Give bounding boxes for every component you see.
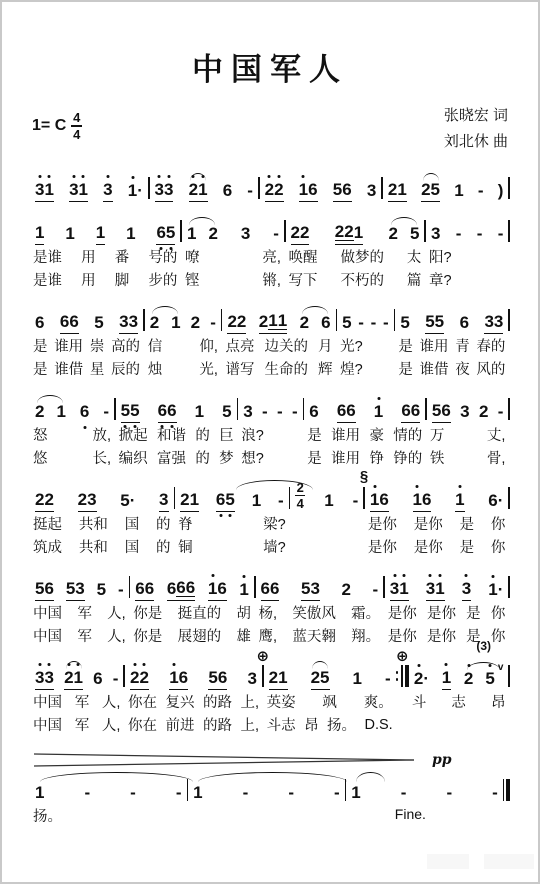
note-digit: 2 [291, 224, 300, 241]
note-digit: 2 [150, 314, 159, 331]
measure: 666533是谁用崇高的是谁借星辰的 [30, 300, 143, 380]
barline-wrap [221, 300, 223, 331]
lyric-word: 不朽的 [340, 269, 384, 290]
lyric-word: 国 [125, 536, 140, 557]
lyric-word: 铁 [430, 447, 445, 468]
slur-group: 21 [35, 403, 66, 423]
lyric-row: 你在前进的路上, [125, 713, 262, 736]
note-token: 66 [60, 313, 79, 334]
note-digit: 6 [309, 403, 318, 420]
note-digit: - [383, 314, 389, 331]
note-digit: 2 [344, 223, 353, 241]
lyric-word: 军 [75, 714, 90, 735]
lyric-word: 鹰, [259, 625, 278, 646]
barline-wrap [187, 770, 189, 801]
note-token: 53 [66, 580, 85, 601]
note-digit: 3 [159, 491, 168, 508]
time-signature: 4 4 [71, 111, 82, 141]
note-digit: 3 [75, 580, 84, 597]
barline [363, 487, 365, 509]
lyric-word: 月 [318, 335, 333, 356]
lyric-row: 煌? [337, 357, 394, 380]
note-token: - [176, 784, 182, 804]
lyric-word: 你是 [133, 602, 162, 623]
lyric-word: 是你 [414, 513, 443, 534]
lyric-word: 辰的 [111, 358, 140, 379]
note-digit: 5 [120, 492, 129, 509]
note-token: - [118, 581, 124, 601]
slur-group: 26 [300, 314, 331, 334]
lyric-word: 星 [90, 358, 105, 379]
lyric-row: 你是挺直的胡 [130, 601, 254, 624]
note-digit: - [401, 784, 407, 801]
lyric-word: 你是 [133, 625, 162, 646]
note-token: 3 [367, 182, 376, 202]
lyric-word: 昂 [304, 714, 319, 735]
lyric-row: 你在复兴的路上, [125, 690, 262, 713]
note-digit: · [498, 581, 504, 598]
note-token: 31 [390, 580, 409, 601]
notes-row: 2·1(3)25v [409, 656, 509, 690]
note-digit: - [247, 182, 253, 199]
slur-group: 21 [150, 314, 181, 334]
lyric-word: 斗 [412, 691, 427, 712]
note-digit: 5 [435, 313, 444, 330]
lyric-word: 太 [407, 246, 422, 267]
lyric-word: 军 [77, 625, 92, 646]
lyric-word: 是你 [368, 513, 397, 534]
barline [284, 220, 286, 242]
lyric-word: 亮, [262, 246, 281, 267]
note-token: 1 [324, 492, 333, 512]
note-digit: 6 [156, 224, 165, 241]
note-token: 2 [191, 314, 200, 334]
note-digit: - [498, 225, 504, 242]
barline [258, 177, 260, 199]
note-digit: 1 [74, 669, 83, 686]
lyric-row: 点亮边关的月 [222, 334, 335, 357]
watermark [427, 854, 469, 869]
barline [508, 309, 510, 331]
note-digit: 5 [66, 580, 75, 597]
lyric-word: 骨, [487, 447, 506, 468]
lyric-word: 上, [240, 691, 259, 712]
lyric-word: 风的 [476, 358, 505, 379]
note-digit: 5 [485, 670, 494, 687]
note-digit: 6 [186, 579, 195, 597]
barline-wrap [383, 567, 385, 598]
note-token: - [277, 403, 283, 423]
lyric-row: 筑成共和国的 [30, 535, 174, 558]
lyric-word: 是 [460, 513, 475, 534]
barline [424, 220, 426, 242]
measure: 2216563 [260, 168, 382, 202]
notes-row: 3--- [426, 211, 508, 245]
lyric-word: 巨 [219, 424, 234, 445]
note-digit: 1 [370, 491, 379, 508]
note-token: 33 [119, 313, 138, 334]
slur-group: 25 [421, 181, 440, 202]
lyric-word: 富强 [157, 447, 186, 468]
note-digit: 3 [484, 313, 493, 330]
notes-row: 2216563 [260, 168, 382, 202]
note-digit: · [423, 670, 429, 687]
score-line: 1---扬。1---1---Fine. [30, 770, 510, 827]
lyric-word: 人, [102, 714, 121, 735]
measure: 56535-中国军人,中国军人, [30, 567, 129, 647]
note-digit: 3 [462, 580, 471, 597]
barline-wrap [237, 389, 239, 420]
note-digit: 3 [164, 181, 173, 198]
lyric-word: 是你 [427, 602, 456, 623]
lyric-row [409, 713, 509, 736]
note-token: 16 [208, 580, 227, 601]
note-token: 1 [35, 224, 44, 245]
note-digit: 6 [93, 670, 102, 687]
note-digit: - [273, 225, 279, 242]
notes-row: 66532- [256, 567, 384, 601]
note-token: 1 [96, 224, 105, 245]
barline [345, 779, 347, 801]
lyric-word: 飒 [322, 691, 337, 712]
note-token: - [371, 314, 377, 334]
notes-row: 33216- [150, 168, 258, 202]
barline [425, 398, 427, 420]
note-digit: 2 [421, 181, 430, 198]
note-digit: 5 [400, 314, 409, 331]
note-token: 66 [401, 402, 420, 423]
lyric-row: 烛光, [145, 357, 221, 380]
lyric-word: 的 [195, 424, 210, 445]
measure: 555633是谁用青春的是谁借夜风的 [395, 300, 508, 380]
note-token: - [477, 225, 483, 245]
note-digit: 2 [388, 181, 397, 198]
lyric-word: 番 [115, 246, 130, 267]
barline [129, 576, 131, 598]
lyric-word: 扬。 [327, 714, 356, 735]
lyric-word: 步的 [148, 269, 177, 290]
lyric-word: 斗志 [267, 714, 296, 735]
fine-label: Fine. [395, 806, 426, 822]
note-token: - [353, 492, 359, 512]
repeat-dots [396, 671, 399, 680]
score-line: 313131·33216-221656321251-) [30, 168, 510, 202]
lyric-word: 是你 [414, 536, 443, 557]
barline [174, 487, 176, 509]
note-token: 1· [488, 581, 503, 601]
note-digit: · [498, 492, 504, 509]
note-digit: - [477, 225, 483, 242]
lyric-row: 编织富强的梦 [116, 446, 237, 469]
lyric-word: D.S. [365, 717, 393, 733]
note-token: 3 [243, 403, 252, 423]
lyric-word: 锵, [262, 269, 281, 290]
lyric-word: 光, [199, 358, 218, 379]
note-digit: 5 [333, 181, 342, 198]
slur-group: 21 [189, 181, 208, 202]
note-digit: 1 [354, 224, 363, 241]
note-token: 5· [120, 492, 135, 512]
barline-wrap [508, 656, 510, 687]
note-token: 5 [342, 314, 351, 334]
lyric-word: 你 [491, 625, 506, 646]
note-digit: 6 [216, 491, 225, 508]
note-digit: 1 [488, 581, 497, 598]
note-digit: 1 [299, 181, 308, 198]
note-token: 2· [414, 670, 429, 690]
lyric-row: 是你是你是你 [365, 535, 509, 558]
lyric-row: 脊梁? [175, 512, 289, 535]
note-token: 5 [94, 314, 103, 334]
barline-wrap [336, 300, 338, 331]
note-token: 1 [126, 225, 135, 245]
lyric-word: 杨, [259, 602, 278, 623]
note-digit: - [278, 492, 284, 509]
note-digit: 6 [308, 181, 317, 198]
lyric-row: 铁骨, [427, 446, 509, 469]
lyric-word: 挺起 [33, 513, 62, 534]
lyric-row: 光? [337, 334, 394, 357]
note-digit: 6 [460, 314, 469, 331]
note-token: 23 [78, 491, 97, 512]
note-digit: 2 [130, 669, 139, 686]
lyric-row: 谱写生命的辉 [222, 357, 335, 380]
barline-wrap [143, 300, 145, 331]
note-token: - [498, 225, 504, 245]
repeat-barline [396, 665, 409, 687]
key-signature: 1= C 4 4 [32, 111, 82, 141]
note-digit: 3 [35, 181, 44, 198]
note-token: 1 [187, 225, 196, 245]
note-token: 66 [158, 402, 177, 423]
lyric-word: 是 [466, 602, 481, 623]
barline [508, 665, 510, 687]
note-digit: 5 [432, 402, 441, 419]
note-digit: 2 [269, 669, 278, 686]
lyric-word: 上, [240, 714, 259, 735]
lyric-word: 人, [107, 602, 126, 623]
notes-row: 555633 [395, 300, 508, 334]
note-digit: 5 [342, 314, 351, 331]
note-token: 1 [374, 403, 383, 423]
lyric-row: 嘹亮, [182, 245, 284, 268]
measure: 3---浪?想? [238, 389, 302, 469]
note-digit: · [130, 492, 136, 509]
lyric-word: 共和 [79, 513, 108, 534]
lyric-word: 青 [455, 335, 470, 356]
measure: 212-信仰,烛光, [145, 300, 221, 380]
measure: 313131·是你是你是你是你是你是你 [385, 567, 509, 647]
lyric-word: 唤醒 [289, 246, 318, 267]
note-token: 5v [485, 670, 503, 690]
note-digit: 1 [239, 581, 248, 598]
lyric-row: 是你是你是你 [385, 601, 509, 624]
lyric-word: 的路 [203, 691, 232, 712]
note-digit: 1 [96, 224, 105, 241]
note-digit: - [288, 784, 294, 801]
lyric-row: 你是展翅的雄 [130, 624, 254, 647]
barline [508, 576, 510, 598]
lyric-row: 铜墙? [175, 535, 289, 558]
lyric-word: 用 [81, 246, 96, 267]
note-token: - [273, 225, 279, 245]
note-digit: 5 [208, 669, 217, 686]
note-digit: ) [498, 182, 504, 199]
note-token: 25 [421, 181, 440, 202]
lyric-word: 雄 [236, 625, 251, 646]
note-digit: 6 [342, 181, 351, 198]
note-digit: - [358, 314, 364, 331]
lyric-word: 章? [429, 269, 452, 290]
ts-bottom: 4 [297, 497, 304, 510]
note-digit: 1 [374, 403, 383, 420]
lyric-word: 谁用 [54, 335, 83, 356]
note-digit: 5 [97, 581, 106, 598]
decrescendo-hairpin [34, 752, 426, 768]
lyric-word: 是 [307, 447, 322, 468]
note-digit: 2 [78, 491, 87, 508]
lyric-word: 脊 [178, 513, 193, 534]
note-digit: - [456, 225, 462, 242]
barline [336, 309, 338, 331]
note-digit: 2 [265, 181, 274, 198]
note-digit: 2 [44, 491, 53, 508]
lyric-word: 是你 [388, 602, 417, 623]
segno-icon: § [360, 469, 368, 484]
lyric-word: 爽。 [364, 691, 393, 712]
note-digit: 5 [431, 181, 440, 198]
notes-row: 111165 [30, 211, 180, 245]
lyric-word: 霜。 [351, 602, 380, 623]
barline-wrap [508, 168, 510, 199]
barline [303, 398, 305, 420]
note-token: 1 [35, 784, 44, 804]
lyric-row: 铿锵, [182, 268, 284, 291]
barline [187, 779, 189, 801]
score-line: 666533是谁用崇高的是谁借星辰的212-信仰,烛光,2221126点亮边关的… [30, 300, 510, 380]
note-token: - [84, 784, 90, 804]
lyric-row: 悠长, [30, 446, 114, 469]
note-digit: 2 [191, 314, 200, 331]
lyric-word: 生命的 [265, 358, 309, 379]
lyric-row: 是你是你是你 [365, 512, 509, 535]
lyric-word: 丈, [487, 424, 506, 445]
note-digit: 1 [169, 669, 178, 686]
lyric-word: 做梦的 [340, 246, 384, 267]
barline-wrap: ⊕ [396, 656, 409, 687]
note-digit: 6 [411, 402, 420, 419]
barline-wrap [345, 770, 347, 801]
note-token: 22 [227, 313, 246, 334]
note-digit: 3 [241, 225, 250, 242]
lyric-row: 斗志昂 [409, 690, 509, 713]
note-digit: 2 [35, 403, 44, 420]
note-digit: 2 [388, 225, 397, 242]
lyric-word: 复兴 [166, 691, 195, 712]
note-token: 1 [252, 492, 261, 512]
barline-wrap [508, 567, 510, 598]
note-digit: 3 [431, 225, 440, 242]
note-token: 65 [156, 224, 175, 245]
note-digit: 3 [44, 669, 53, 686]
note-digit: 2 [274, 181, 283, 198]
thick-bar [405, 665, 409, 687]
note-digit: 2 [208, 225, 217, 242]
notes-row: 66666161 [130, 567, 254, 601]
note-digit: - [277, 403, 283, 420]
note-digit: 5 [35, 580, 44, 597]
lyric-word: 中国 [33, 691, 62, 712]
note-token: 1 [454, 182, 463, 202]
lyric-word: 挺直的 [178, 602, 222, 623]
measure: 2221126点亮边关的月谱写生命的辉 [222, 300, 335, 380]
lyricist-credit: 张晓宏 词 [444, 103, 508, 129]
barline-wrap [508, 478, 510, 509]
lyric-row: 是谁借夜风的 [395, 357, 508, 380]
note-token: ) [498, 182, 504, 202]
note-digit: 6 [179, 669, 188, 686]
note-digit: - [210, 314, 216, 331]
meter-denominator: 4 [73, 128, 80, 141]
notes-row: 56535- [30, 567, 129, 601]
note-digit: 5 [320, 669, 329, 686]
lyric-word: 谱写 [225, 358, 254, 379]
note-token: 2 [341, 581, 350, 601]
note-digit: 5 [425, 313, 434, 330]
note-digit: 6 [217, 580, 226, 597]
note-token: - [492, 784, 498, 804]
note-digit: 6 [270, 580, 279, 597]
lyric-word: 是谁 [33, 269, 62, 290]
note-digit: 3 [87, 491, 96, 508]
lyric-word: 的路 [203, 714, 232, 735]
note-digit: 3 [310, 580, 319, 597]
note-digit: - [371, 314, 377, 331]
note-digit: 3 [367, 182, 376, 199]
note-token: - [383, 314, 389, 334]
barline-wrap [180, 211, 182, 242]
lyric-row: 扬。 [30, 804, 187, 827]
lyric-word: 仰, [199, 335, 218, 356]
lyric-row: 写下不朽的篇 [286, 268, 425, 291]
lyric-word: 怒 [33, 424, 48, 445]
lyric-row [290, 535, 363, 558]
barline [254, 576, 256, 598]
note-digit: 1 [442, 669, 451, 686]
barline-wrap [148, 168, 150, 199]
note-digit: 1 [65, 225, 74, 242]
note-digit: 1 [35, 224, 44, 241]
note-digit: 5 [94, 314, 103, 331]
measure: 21251-) [383, 168, 509, 202]
note-token: - [401, 784, 407, 804]
barline [180, 220, 182, 242]
note-token: - [385, 670, 391, 690]
barline-wrap [424, 211, 426, 242]
barline [262, 665, 264, 687]
note-token: - [278, 492, 284, 512]
measure: 22235·3挺起共和国的筑成共和国的 [30, 478, 174, 558]
note-token: 31 [426, 580, 445, 601]
lyric-word: 前进 [166, 714, 195, 735]
note-digit: 6 [441, 402, 450, 419]
note-token: - [210, 314, 216, 334]
lyric-word: 展翅的 [178, 625, 222, 646]
lyric-row: 是谁用番号的 [30, 245, 180, 268]
barline [123, 665, 125, 687]
lyric-row: 中国军人, [30, 690, 123, 713]
note-digit: 1 [454, 182, 463, 199]
